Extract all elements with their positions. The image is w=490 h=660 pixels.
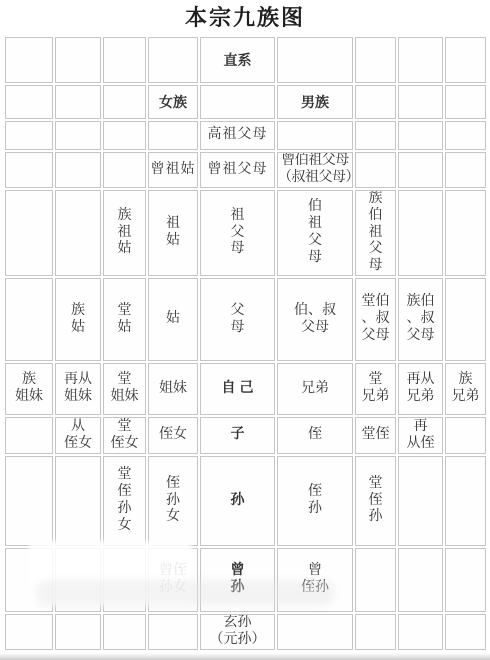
empty-cell xyxy=(398,614,443,650)
kinship-cell-gen-parents-col7: 堂伯 、叔 父母 xyxy=(355,278,396,361)
kinship-cell-gen-parents-col2: 族 姑 xyxy=(55,278,101,361)
empty-cell xyxy=(5,121,53,150)
empty-cell xyxy=(200,85,275,119)
kinship-cell-gen-children-col3: 堂 侄女 xyxy=(103,417,146,454)
kinship-cell-gen-self-col9: 族 兄弟 xyxy=(445,363,486,415)
kinship-cell-gen-children-col2: 从 侄女 xyxy=(55,417,101,454)
empty-cell xyxy=(55,121,101,150)
kinship-cell-gen-great-great-grandchildren-col5: 玄孙 （元孙） xyxy=(200,614,275,650)
kinship-cell-gen-parents-col5: 父 母 xyxy=(200,278,275,361)
empty-cell xyxy=(445,121,486,150)
row-gen-self: 族 姐妹再从 姐妹堂 姐妹姐妹自己兄弟堂 兄弟再从 兄弟族 兄弟 xyxy=(5,363,486,415)
kinship-cell-gen-grandparents-col6: 伯 祖 父 母 xyxy=(277,190,353,276)
kinship-cell-gen-self-col5: 自己 xyxy=(200,363,275,415)
empty-cell xyxy=(148,37,198,83)
empty-cell xyxy=(398,456,443,546)
empty-cell xyxy=(445,614,486,650)
kinship-cell-gen-grandchildren-col3: 堂 侄 孙 女 xyxy=(103,456,146,546)
row-gen-great-grandparents: 曾祖姑曾祖父母曾伯祖父母 （叔祖父母） xyxy=(5,152,486,188)
kinship-cell-gen-grandparents-col3: 族 祖 姑 xyxy=(103,190,146,276)
page-title: 本宗九族图 xyxy=(0,0,490,35)
empty-cell xyxy=(398,37,443,83)
kinship-cell-gen-children-col4: 侄女 xyxy=(148,417,198,454)
kinship-cell-gen-grandparents-col4: 祖 姑 xyxy=(148,190,198,276)
empty-cell xyxy=(5,190,53,276)
kinship-cell-gen-great-grandchildren-col6: 曾 侄孙 xyxy=(277,548,353,612)
kinship-cell-gen-self-col7: 堂 兄弟 xyxy=(355,363,396,415)
empty-cell xyxy=(398,152,443,188)
empty-cell xyxy=(445,417,486,454)
kinship-table: 直系女族男族高祖父母曾祖姑曾祖父母曾伯祖父母 （叔祖父母）族 祖 姑祖 姑祖 父… xyxy=(3,35,488,652)
empty-cell xyxy=(355,85,396,119)
kinship-cell-gen-children-col7: 堂侄 xyxy=(355,417,396,454)
empty-cell xyxy=(5,456,53,546)
kinship-cell-gen-grandchildren-col7: 堂 侄 孙 xyxy=(355,456,396,546)
empty-cell xyxy=(445,278,486,361)
empty-cell xyxy=(445,37,486,83)
kinship-cell-gen-children-col6: 侄 xyxy=(277,417,353,454)
empty-cell xyxy=(398,85,443,119)
kinship-cell-gen-self-col6: 兄弟 xyxy=(277,363,353,415)
empty-cell xyxy=(398,548,443,612)
empty-cell xyxy=(277,614,353,650)
row-gen-great-great-grandchildren: 玄孙 （元孙） xyxy=(5,614,486,650)
kinship-cell-gen-self-col8: 再从 兄弟 xyxy=(398,363,443,415)
empty-cell xyxy=(445,190,486,276)
empty-cell xyxy=(103,548,146,612)
empty-cell xyxy=(55,37,101,83)
row-gen-great-great-grandparents: 高祖父母 xyxy=(5,121,486,150)
empty-cell xyxy=(277,37,353,83)
kinship-cell-gen-parents-col3: 堂 姑 xyxy=(103,278,146,361)
empty-cell xyxy=(398,190,443,276)
kinship-cell-gen-self-col3: 堂 姐妹 xyxy=(103,363,146,415)
empty-cell xyxy=(355,121,396,150)
kinship-cell-header-sides-col4: 女族 xyxy=(148,85,198,119)
kinship-cell-gen-grandchildren-col4: 侄 孙 女 xyxy=(148,456,198,546)
empty-cell xyxy=(355,614,396,650)
kinship-cell-gen-parents-col6: 伯、叔 父母 xyxy=(277,278,353,361)
row-gen-parents: 族 姑堂 姑姑父 母伯、叔 父母堂伯 、叔 父母族伯 、叔 父母 xyxy=(5,278,486,361)
empty-cell xyxy=(445,152,486,188)
empty-cell xyxy=(103,152,146,188)
empty-cell xyxy=(103,37,146,83)
kinship-cell-gen-grandparents-col5: 祖 父 母 xyxy=(200,190,275,276)
empty-cell xyxy=(445,456,486,546)
empty-cell xyxy=(103,85,146,119)
empty-cell xyxy=(55,614,101,650)
kinship-cell-gen-self-col4: 姐妹 xyxy=(148,363,198,415)
kinship-cell-gen-great-grandchildren-col5: 曾 孙 xyxy=(200,548,275,612)
kinship-cell-gen-children-col5: 子 xyxy=(200,417,275,454)
empty-cell xyxy=(445,548,486,612)
row-gen-grandchildren: 堂 侄 孙 女侄 孙 女孙侄 孙堂 侄 孙 xyxy=(5,456,486,546)
empty-cell xyxy=(5,37,53,83)
kinship-cell-gen-great-great-grandparents-col5: 高祖父母 xyxy=(200,121,275,150)
row-header-direct-line: 直系 xyxy=(5,37,486,83)
kinship-cell-gen-self-col1: 族 姐妹 xyxy=(5,363,53,415)
kinship-cell-header-sides-col6: 男族 xyxy=(277,85,353,119)
kinship-cell-gen-great-grandchildren-col4: 曾侄 孙女 xyxy=(148,548,198,612)
empty-cell xyxy=(148,614,198,650)
empty-cell xyxy=(445,85,486,119)
kinship-cell-gen-children-col8: 再 从侄 xyxy=(398,417,443,454)
row-header-sides: 女族男族 xyxy=(5,85,486,119)
empty-cell xyxy=(355,548,396,612)
empty-cell xyxy=(5,614,53,650)
kinship-cell-gen-self-col2: 再从 姐妹 xyxy=(55,363,101,415)
empty-cell xyxy=(5,417,53,454)
empty-cell xyxy=(148,121,198,150)
kinship-cell-gen-parents-col4: 姑 xyxy=(148,278,198,361)
kinship-cell-gen-grandchildren-col5: 孙 xyxy=(200,456,275,546)
kinship-cell-gen-great-grandparents-col6: 曾伯祖父母 （叔祖父母） xyxy=(277,152,353,188)
empty-cell xyxy=(5,85,53,119)
empty-cell xyxy=(5,278,53,361)
empty-cell xyxy=(103,121,146,150)
kinship-cell-gen-great-grandparents-col5: 曾祖父母 xyxy=(200,152,275,188)
empty-cell xyxy=(355,37,396,83)
kinship-cell-gen-great-grandparents-col4: 曾祖姑 xyxy=(148,152,198,188)
kinship-grid: 直系女族男族高祖父母曾祖姑曾祖父母曾伯祖父母 （叔祖父母）族 祖 姑祖 姑祖 父… xyxy=(5,37,486,650)
empty-cell xyxy=(103,614,146,650)
row-gen-great-grandchildren: 曾侄 孙女曾 孙曾 侄孙 xyxy=(5,548,486,612)
empty-cell xyxy=(5,548,53,612)
empty-cell xyxy=(5,152,53,188)
empty-cell xyxy=(55,456,101,546)
kinship-cell-header-direct-line-col5: 直系 xyxy=(200,37,275,83)
kinship-cell-gen-grandchildren-col6: 侄 孙 xyxy=(277,456,353,546)
kinship-cell-gen-grandparents-col7: 族 伯 祖 父 母 xyxy=(355,190,396,276)
empty-cell xyxy=(55,190,101,276)
empty-cell xyxy=(277,121,353,150)
empty-cell xyxy=(398,121,443,150)
empty-cell xyxy=(355,152,396,188)
kinship-cell-gen-parents-col8: 族伯 、叔 父母 xyxy=(398,278,443,361)
row-gen-grandparents: 族 祖 姑祖 姑祖 父 母伯 祖 父 母族 伯 祖 父 母 xyxy=(5,190,486,276)
empty-cell xyxy=(55,548,101,612)
row-gen-children: 从 侄女堂 侄女侄女子侄堂侄再 从侄 xyxy=(5,417,486,454)
empty-cell xyxy=(55,152,101,188)
empty-cell xyxy=(55,85,101,119)
page-bottom-shadow xyxy=(0,653,490,660)
